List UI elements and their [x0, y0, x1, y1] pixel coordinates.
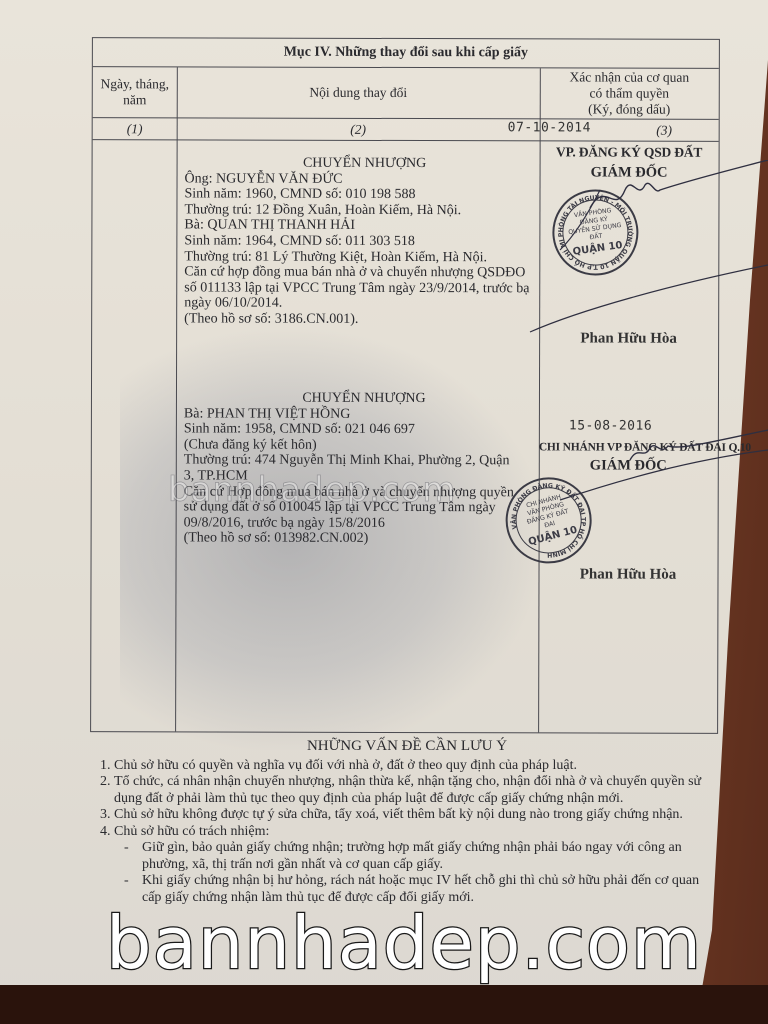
notes-title: NHỮNG VẤN ĐỀ CẦN LƯU Ý [92, 738, 722, 755]
entry-line: Thường trú: 81 Lý Thường Kiệt, Hoàn Kiếm… [184, 249, 544, 266]
entry-body: Ông: NGUYỄN VĂN ĐỨCSinh năm: 1960, CMND … [184, 171, 544, 328]
entry-heading: CHUYỂN NHƯỢNG [184, 390, 544, 407]
column-number: (2) [177, 118, 540, 140]
entry-line: Sinh năm: 1960, CMND số: 010 198 588 [184, 187, 544, 204]
notes-list: Chủ sở hữu có quyền và nghĩa vụ đối với … [92, 758, 722, 907]
column-number: (1) [93, 118, 177, 139]
entry-date-stamp: 15-08-2016 [569, 418, 652, 433]
authority-role: GIÁM ĐỐC [539, 457, 718, 474]
official-seal: PHÒNG TÀI NGUYÊN - MÔI TRƯỜNG QUẬN 10 T.… [547, 184, 644, 281]
column-header-content: Nội dung thay đổi [177, 67, 540, 118]
note-item: Chủ sở hữu có trách nhiệm: Giữ gìn, bảo … [114, 824, 722, 907]
section-title: Mục IV. Những thay đổi sau khi cấp giấy [93, 38, 719, 69]
entry-heading: CHUYỂN NHƯỢNG [185, 155, 545, 172]
entry-line: (Theo hồ sơ số: 013982.CN.002) [184, 531, 544, 548]
entry-line: (Chưa đăng ký kết hôn) [184, 437, 544, 454]
notes-section: NHỮNG VẤN ĐỀ CẦN LƯU Ý Chủ sở hữu có quy… [92, 738, 722, 906]
entry-line: Thường trú: 474 Nguyễn Thị Minh Khai, Ph… [184, 453, 544, 470]
column-header-date: Ngày, tháng, năm [93, 67, 177, 117]
note-item: Chủ sở hữu không được tự ý sửa chữa, tẩy… [114, 807, 722, 824]
entry-line: (Theo hồ sơ số: 3186.CN.001). [184, 311, 544, 328]
entry-line: Căn cứ hợp đồng mua bán nhà ở và chuyển … [184, 265, 544, 282]
entry-line: Thường trú: 12 Đồng Xuân, Hoàn Kiếm, Hà … [184, 202, 544, 219]
entry-line: ngày 06/10/2014. [184, 296, 544, 313]
authority-signer-block: Phan Hữu Hòa [538, 566, 717, 583]
signer-name: Phan Hữu Hòa [538, 566, 717, 583]
table-edge [0, 985, 768, 1024]
signer-name: Phan Hữu Hòa [539, 330, 718, 347]
watermark-faint: bannhadep.com [168, 470, 456, 510]
change-entry: CHUYỂN NHƯỢNG Ông: NGUYỄN VĂN ĐỨCSinh nă… [184, 155, 544, 327]
authority-block: CHI NHÁNH VP ĐĂNG KÝ ĐẤT ĐAI Q.10 GIÁM Đ… [539, 441, 718, 474]
authority-role: GIÁM ĐỐC [540, 164, 719, 181]
entry-line: Bà: QUAN THỊ THANH HẢI [184, 218, 544, 235]
entry-line: Bà: PHAN THỊ VIỆT HỒNG [184, 406, 544, 423]
note-item: Chủ sở hữu có quyền và nghĩa vụ đối với … [114, 758, 722, 775]
change-entry: CHUYỂN NHƯỢNG Bà: PHAN THỊ VIỆT HỒNGSinh… [184, 390, 544, 547]
note-subitem: Giữ gìn, bảo quản giấy chứng nhận; trườn… [124, 840, 722, 873]
entry-line: 09/8/2016, trước bạ ngày 15/8/2016 [184, 515, 544, 532]
column-divider [175, 67, 178, 731]
authority-block: VP. ĐĂNG KÝ QSD ĐẤT GIÁM ĐỐC [540, 144, 719, 181]
entry-line: Sinh năm: 1958, CMND số: 021 046 697 [184, 422, 544, 439]
authority-org: VP. ĐĂNG KÝ QSD ĐẤT [540, 144, 719, 160]
authority-signer-block: Phan Hữu Hòa [539, 330, 718, 347]
column-header-authority: Xác nhận của cơ quan có thẩm quyền (Ký, … [540, 68, 719, 118]
note-item: Tổ chức, cá nhân nhận chuyển nhượng, nhậ… [114, 774, 722, 807]
watermark: bannhadep.com [84, 903, 724, 983]
authority-org: CHI NHÁNH VP ĐĂNG KÝ ĐẤT ĐAI Q.10 [539, 441, 718, 453]
entry-line: số 011133 lập tại VPCC Trung Tâm ngày 23… [184, 280, 544, 297]
entry-line: Ông: NGUYỄN VĂN ĐỨC [185, 171, 545, 188]
note-subitems: Giữ gìn, bảo quản giấy chứng nhận; trườn… [114, 840, 722, 906]
entry-date-stamp: 07-10-2014 [508, 120, 591, 135]
entry-line: Sinh năm: 1964, CMND số: 011 303 518 [184, 233, 544, 250]
changes-table: Mục IV. Những thay đổi sau khi cấp giấy … [90, 37, 720, 734]
